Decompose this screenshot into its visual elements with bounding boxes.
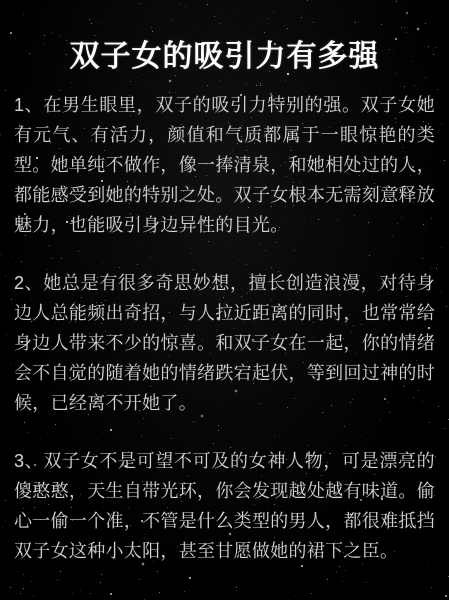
poster-content: 双子女的吸引力有多强 1、在男生眼里，双子的吸引力特别的强。双子女她有元气、有活… [0,0,449,566]
paragraph-2: 2、她总是有很多奇思妙想，擅长创造浪漫，对待身边人总能频出奇招，与人拉近距离的同… [14,268,435,418]
paragraph-3: 3、双子女不是可望不可及的女神人物，可是漂亮的傻憨憨，天生自带光环，你会发现越处… [14,446,435,566]
paragraph-1: 1、在男生眼里，双子的吸引力特别的强。双子女她有元气、有活力，颜值和气质都属于一… [14,90,435,240]
starry-poster: 双子女的吸引力有多强 1、在男生眼里，双子的吸引力特别的强。双子女她有元气、有活… [0,0,449,600]
page-title: 双子女的吸引力有多强 [0,0,449,78]
